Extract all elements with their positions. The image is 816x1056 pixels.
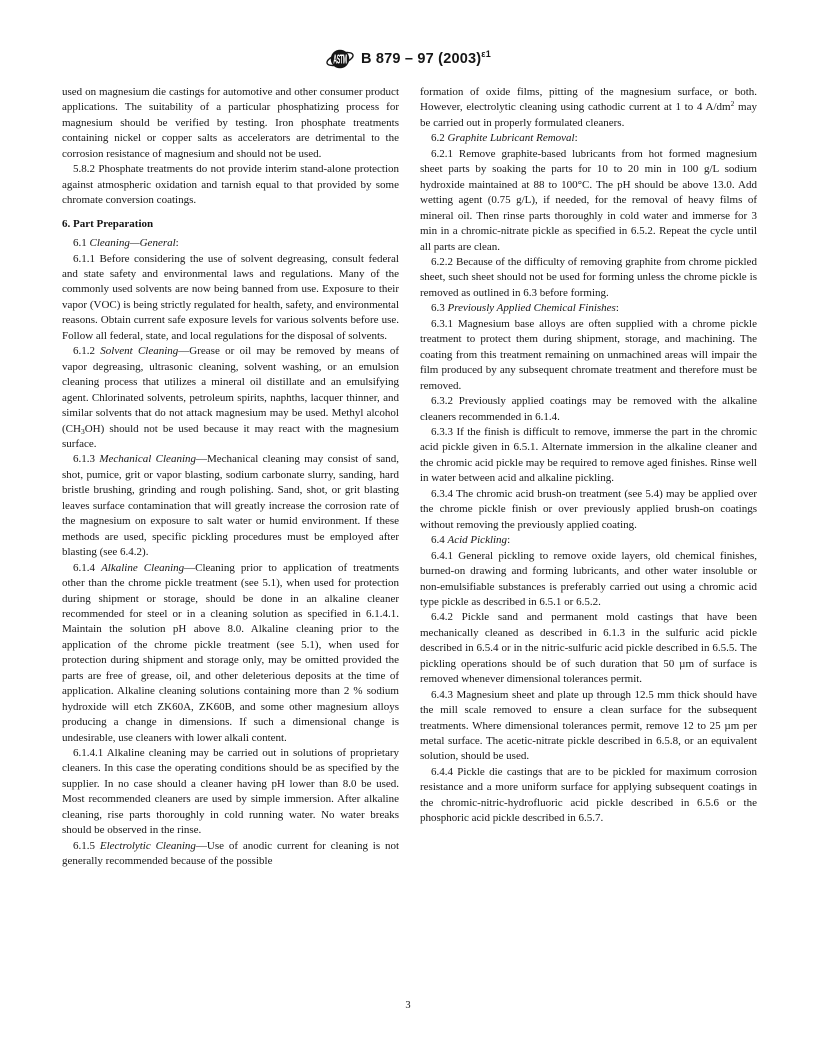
paragraph: 6.4.1 General pickling to remove oxide l…	[420, 549, 757, 611]
page-footer: 3	[0, 1000, 816, 1011]
paragraph: 6.3.3 If the finish is difficult to remo…	[420, 425, 757, 487]
doc-title-text: B 879 – 97 (2003)	[361, 51, 481, 67]
paragraph: 6.1.5 Electrolytic Cleaning—Use of anodi…	[62, 839, 399, 870]
paragraph: 6.2.2 Because of the difficulty of remov…	[420, 255, 757, 301]
paragraph: 6.4 Acid Pickling:	[420, 533, 757, 548]
svg-text:ASTM: ASTM	[333, 53, 347, 67]
column-right: formation of oxide films, pitting of the…	[420, 85, 757, 870]
paragraph: 6.3.2 Previously applied coatings may be…	[420, 394, 757, 425]
column-left: used on magnesium die castings for autom…	[62, 85, 399, 870]
paragraph: 6.4.3 Magnesium sheet and plate up throu…	[420, 688, 757, 765]
paragraph: formation of oxide films, pitting of the…	[420, 85, 757, 131]
doc-header: ASTM B 879 – 97 (2003)ε1	[0, 46, 816, 72]
paragraph: 5.8.2 Phosphate treatments do not provid…	[62, 162, 399, 208]
doc-body: used on magnesium die castings for autom…	[62, 85, 757, 870]
paragraph: 6.3.4 The chromic acid brush-on treatmen…	[420, 487, 757, 533]
paragraph: 6.1 Cleaning—General:	[62, 236, 399, 251]
paragraph: 6.2.1 Remove graphite-based lubricants f…	[420, 147, 757, 255]
astm-logo-icon: ASTM	[325, 46, 355, 72]
paragraph: 6.4.4 Pickle die castings that are to be…	[420, 765, 757, 827]
paragraph: 6.2 Graphite Lubricant Removal:	[420, 131, 757, 146]
paragraph: 6.1.4 Alkaline Cleaning—Cleaning prior t…	[62, 561, 399, 746]
section-heading: 6. Part Preparation	[62, 217, 399, 232]
document-page: ASTM B 879 – 97 (2003)ε1 used on magnesi…	[0, 0, 816, 1056]
paragraph: 6.3.1 Magnesium base alloys are often su…	[420, 317, 757, 394]
paragraph: 6.1.4.1 Alkaline cleaning may be carried…	[62, 746, 399, 839]
paragraph: 6.3 Previously Applied Chemical Finishes…	[420, 301, 757, 316]
paragraph: used on magnesium die castings for autom…	[62, 85, 399, 162]
paragraph: 6.4.2 Pickle sand and permanent mold cas…	[420, 610, 757, 687]
doc-title: B 879 – 97 (2003)ε1	[361, 51, 491, 67]
paragraph: 6.1.1 Before considering the use of solv…	[62, 252, 399, 345]
page-number: 3	[405, 1000, 410, 1011]
paragraph: 6.1.2 Solvent Cleaning—Grease or oil may…	[62, 344, 399, 452]
doc-title-superscript: ε1	[481, 49, 491, 59]
paragraph: 6.1.3 Mechanical Cleaning—Mechanical cle…	[62, 452, 399, 560]
